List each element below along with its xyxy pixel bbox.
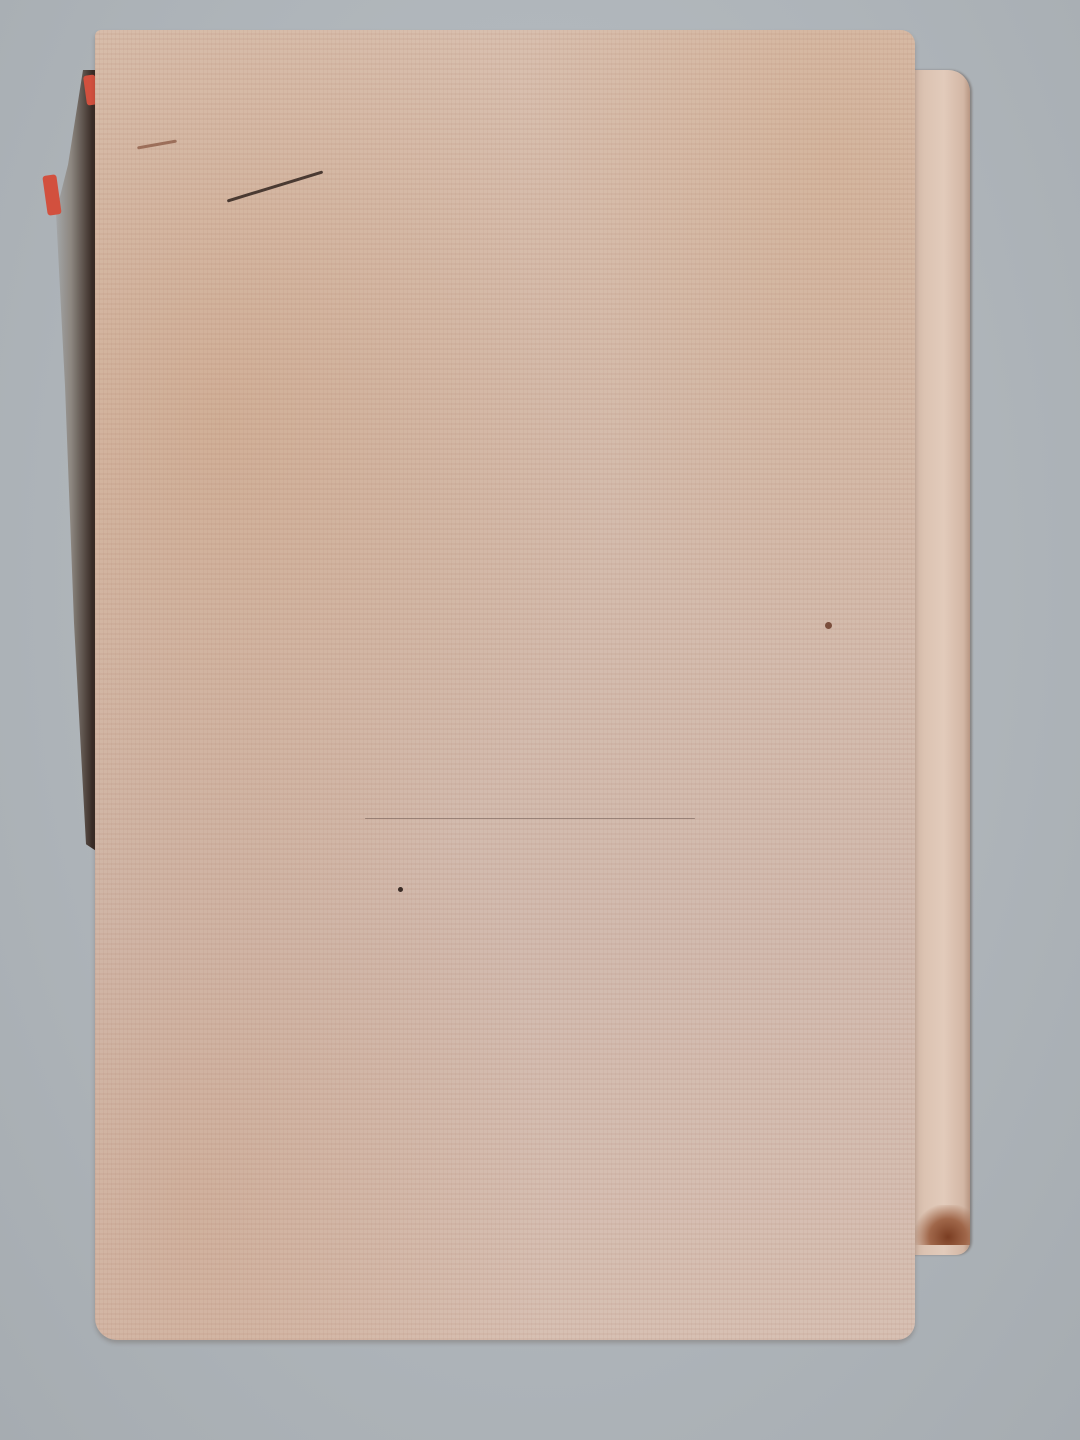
photo-scene — [0, 0, 1080, 1440]
faint-scratch — [365, 818, 695, 819]
stain-dot — [825, 622, 832, 629]
ink-dot — [398, 887, 403, 892]
red-spine-fragment — [42, 174, 61, 216]
water-stain — [915, 1205, 970, 1245]
book-cover — [95, 30, 915, 1340]
